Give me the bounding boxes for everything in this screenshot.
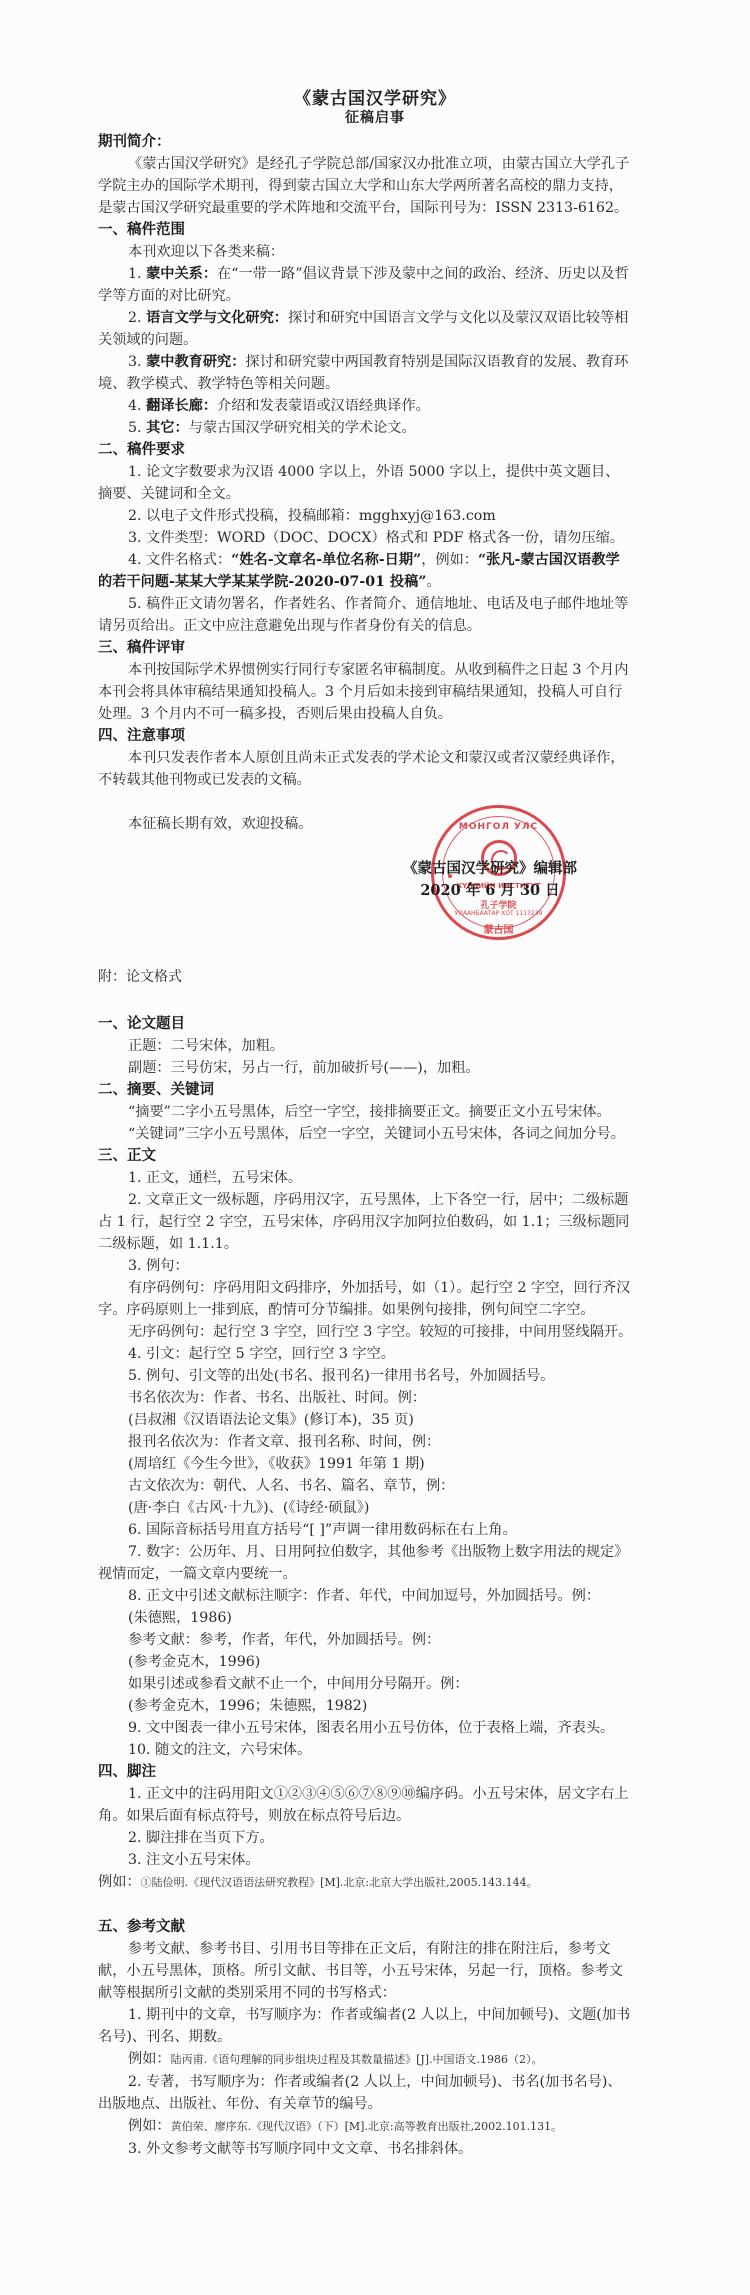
scope-heading: 一、稿件范围 [98, 219, 633, 241]
format-line: 正题：二号宋体，加粗。 [98, 1035, 633, 1057]
filename-label: 4. 文件名格式： [128, 552, 231, 568]
example-text: ①陆俭明.《现代汉语语法研究教程》[M].北京:北京大学出版社,2005.143… [141, 1876, 538, 1889]
format-line: 3. 外文参考文献等书写顺序同中文文章、书名排斜体。 [98, 2138, 633, 2160]
format-line: 2. 文章正文一级标题，序码用汉字，五号黑体，上下各空一行，居中；二级标题占 1… [98, 1189, 633, 1255]
format-line: 4. 引文：起行空 5 字空，回行空 3 字空。 [98, 1343, 633, 1365]
format-example: (朱德熙，1986) [98, 1607, 633, 1629]
format-example: (唐·李白《古风·十九》)、(《诗经·硕鼠》) [98, 1497, 633, 1519]
item-label: 蒙中关系： [146, 266, 217, 282]
item-num: 5. [128, 420, 142, 436]
format-line: 7. 数字：公历年、月、日用阿拉伯数字，其他参考《出版物上数字用法的规定》视情而… [98, 1541, 633, 1585]
stamp-code-text: УЛААНБААТАР ХОТ 1117239 [434, 910, 563, 917]
document-page: 《蒙古国汉学研究》 征稿启事 期刊简介： 《蒙古国汉学研究》是经孔子学院总部/国… [0, 0, 750, 2295]
signature-date: 2020 年 6 月 30 日 [390, 879, 590, 900]
format-line: 1. 正文，通栏，五号宋体。 [98, 1167, 633, 1189]
format-line: 3. 注文小五号宋体。 [98, 1849, 633, 1871]
format-line: “关键词”三字小五号黑体，后空一字空，关键词小五号宋体，各词之间加分号。 [98, 1123, 633, 1145]
item-num: 2. [128, 310, 142, 326]
requirement-item: 1. 论文字数要求为汉语 4000 字以上，外语 5000 字以上，提供中英文题… [98, 461, 633, 505]
format-line: 3. 例句： [98, 1255, 633, 1277]
scope-item: 1. 蒙中关系：在“一带一路”倡议背景下涉及蒙中之间的政治、经济、历史以及哲学等… [98, 263, 633, 307]
reference-example: 例如：陆丙甫.《语句理解的同步组块过程及其数量描述》[J].中国语文.1986（… [98, 2048, 633, 2071]
example-text: 陆丙甫.《语句理解的同步组块过程及其数量描述》[J].中国语文.1986（2）。 [171, 2053, 543, 2066]
format-line: 9. 文中图表一律小五号宋体，图表名用小五号仿体，位于表格上端，齐表头。 [98, 1717, 633, 1739]
appendix-heading: 附：论文格式 [98, 966, 633, 988]
example-label: 例如： [128, 2051, 171, 2067]
review-heading: 三、稿件评审 [98, 637, 633, 659]
scope-item: 3. 蒙中教育研究：探讨和研究蒙中两国教育特别是国际汉语教育的发展、教育环境、教… [98, 351, 633, 395]
format-line: 2. 专著，书写顺序为：作者或编者(2 人以上，中间加顿号)、书名(加书名号)、… [98, 2071, 633, 2115]
notice-subtitle: 征稿启事 [0, 107, 750, 127]
format-example: (参考金克木，1996) [98, 1651, 633, 1673]
item-text: 介绍和发表蒙语或汉语经典译作。 [217, 398, 430, 414]
email-label: 2. 以电子文件形式投稿，投稿邮箱： [128, 508, 359, 524]
format-line: 1. 正文中的注码用阳文①②③④⑤⑥⑦⑧⑨⑩编序码。小五号宋体，居文字右上角。如… [98, 1783, 633, 1827]
review-text: 本刊按国际学术界惯例实行同行专家匿名审稿制度。从收到稿件之日起 3 个月内本刊会… [98, 659, 633, 725]
notes-text: 本刊只发表作者本人原创且尚未正式发表的学术论文和蒙汉或者汉蒙经典译作，不转载其他… [98, 747, 633, 791]
requirement-item: 5. 稿件正文请勿署名，作者姓名、作者简介、通信地址、电话及电子邮件地址等请另页… [98, 593, 633, 637]
format-line: 副题：三号仿宋，另占一行，前加破折号(——)，加粗。 [98, 1057, 633, 1079]
notes-heading: 四、注意事项 [98, 725, 633, 747]
section-heading: 四、脚注 [98, 1761, 633, 1783]
journal-title: 《蒙古国汉学研究》 [0, 84, 750, 109]
section-heading: 一、论文题目 [98, 1013, 633, 1035]
format-line: 6. 国际音标括号用直方括号“[ ]”声调一律用数码标在右上角。 [98, 1519, 633, 1541]
item-num: 4. [128, 398, 142, 414]
item-label: 语言文学与文化研究： [146, 310, 288, 326]
example-text: 黄伯荣、廖序东.《现代汉语》（下）[M].北京:高等教育出版社,2002.101… [171, 2120, 563, 2133]
format-line: 有序码例句：序码用阳文码排序，外加括号，如（1）。起行空 2 字空，回行齐汉字。… [98, 1277, 633, 1321]
punctuation: 。 [426, 574, 440, 590]
format-line: 10. 随文的注文，六号宋体。 [98, 1739, 633, 1761]
requirement-item: 2. 以电子文件形式投稿，投稿邮箱：mgghxyj@163.com [98, 505, 633, 527]
call-for-papers-body: 期刊简介： 《蒙古国汉学研究》是经孔子学院总部/国家汉办批准立项，由蒙古国立大学… [98, 131, 633, 835]
footnote-example: 例如：①陆俭明.《现代汉语语法研究教程》[M].北京:北京大学出版社,2005.… [98, 1871, 633, 1894]
format-line: 书名依次为：作者、书名、出版社、时间。例： [98, 1387, 633, 1409]
format-example: (吕叔湘《汉语语法论文集》(修订本)，35 页) [98, 1409, 633, 1431]
example-label: 例如： [98, 1874, 141, 1890]
format-line: 参考文献、参考书目、引用书目等排在正文后，有附注的排在附注后，参考文献，小五号黑… [98, 1938, 633, 2004]
intro-text: 《蒙古国汉学研究》是经孔子学院总部/国家汉办批准立项，由蒙古国立大学孔子学院主办… [98, 153, 633, 219]
section-heading: 五、参考文献 [98, 1916, 633, 1938]
scope-item: 5. 其它：与蒙古国汉学研究相关的学术论文。 [98, 417, 633, 439]
example-label: 例如： [128, 2118, 171, 2134]
stamp-bottom-text: 蒙古国 [434, 921, 563, 936]
format-line: 参考文献：参考，作者，年代，外加圆括号。例： [98, 1629, 633, 1651]
format-example: (参考金克木，1996；朱德熙，1982) [98, 1695, 633, 1717]
scope-item: 2. 语言文学与文化研究：探讨和研究中国语言文学与文化以及蒙汉双语比较等相关领域… [98, 307, 633, 351]
stamp-top-text: МОНГОЛ УЛС [434, 822, 563, 832]
item-text: 与蒙古国汉学研究相关的学术论文。 [189, 420, 416, 436]
requirement-item: 3. 文件类型：WORD（DOC、DOCX）格式和 PDF 格式各一份，请勿压缩… [98, 527, 633, 549]
item-num: 1. [128, 266, 142, 282]
item-num: 3. [128, 354, 142, 370]
submission-email-link[interactable]: mgghxyj@163.com [359, 508, 496, 524]
requirement-item: 4. 文件名格式：“姓名-文章名-单位名称-日期”，例如：“张凡-蒙古国汉语教学… [98, 549, 633, 593]
format-line: 古文依次为：朝代、人名、书名、篇名、章节，例： [98, 1475, 633, 1497]
example-label: ，例如： [421, 552, 478, 568]
scope-item: 4. 翻译长廊：介绍和发表蒙语或汉语经典译作。 [98, 395, 633, 417]
item-label: 蒙中教育研究： [146, 354, 245, 370]
section-heading: 二、摘要、关键词 [98, 1079, 633, 1101]
intro-heading: 期刊简介： [98, 131, 633, 153]
format-line: 无序码例句：起行空 3 字空，回行空 3 字空。较短的可接排，中间用竖线隔开。 [98, 1321, 633, 1343]
item-label: 翻译长廊： [146, 398, 217, 414]
paper-format-body: 一、论文题目 正题：二号宋体，加粗。 副题：三号仿宋，另占一行，前加破折号(——… [98, 1013, 633, 2160]
format-line: 8. 正文中引述文献标注顺字：作者、年代，中间加逗号，外加圆括号。例： [98, 1585, 633, 1607]
item-label: 其它： [146, 420, 189, 436]
format-line: 5. 例句、引文等的出处(书名、报刊名)一律用书名号，外加圆括号。 [98, 1365, 633, 1387]
format-line: 1. 期刊中的文章，书写顺序为：作者或编者(2 人以上，中间加顿号)、文题(加书… [98, 2004, 633, 2048]
format-line: “摘要”二字小五号黑体，后空一字空，接排摘要正文。摘要正文小五号宋体。 [98, 1101, 633, 1123]
format-example: (周培红《今生今世》，《收获》1991 年第 1 期) [98, 1453, 633, 1475]
section-heading: 三、正文 [98, 1145, 633, 1167]
format-line: 报刊名依次为：作者文章、报刊名称、时间，例： [98, 1431, 633, 1453]
reference-example: 例如：黄伯荣、廖序东.《现代汉语》（下）[M].北京:高等教育出版社,2002.… [98, 2115, 633, 2138]
format-line: 2. 脚注排在当页下方。 [98, 1827, 633, 1849]
requirements-heading: 二、稿件要求 [98, 439, 633, 461]
scope-lead: 本刊欢迎以下各类来稿： [98, 241, 633, 263]
filename-format: “姓名-文章名-单位名称-日期” [231, 552, 421, 568]
signature-org: 《蒙古国汉学研究》编辑部 [390, 857, 590, 878]
format-line: 如果引述或参看文献不止一个，中间用分号隔开。例： [98, 1673, 633, 1695]
